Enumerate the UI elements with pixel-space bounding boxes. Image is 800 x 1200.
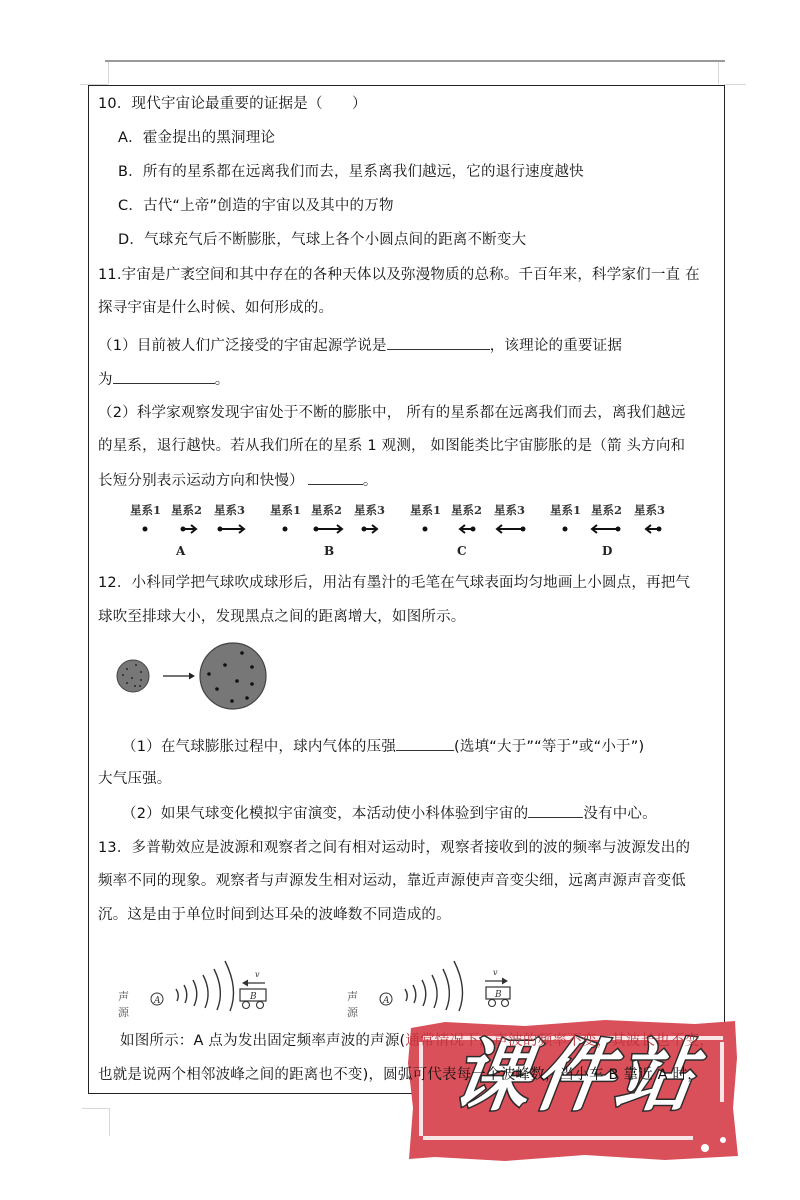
q12-part2: （2）如果气球变化模拟宇宙演变，本活动使小科体验到宇宙的没有中心。	[122, 803, 657, 824]
q10-option-c: C．古代“上帝”创造的宇宙以及其中的万物	[118, 196, 394, 216]
q11-part2-line3: 长短分别表示运动方向和快慢）。	[98, 470, 378, 491]
q12-part2-text-b: 没有中心。	[583, 806, 657, 822]
galaxy-label-2: 星系2	[591, 502, 622, 518]
galaxy-arrows-b-icon	[270, 520, 400, 538]
q10-option-d: D．气球充气后不断膨胀，气球上各个小圆点间的距离不断变大	[118, 230, 526, 250]
galaxy-label-3: 星系3	[634, 502, 665, 518]
galaxy-arrows-c-icon	[410, 520, 540, 538]
galaxy-option-d: 星系1 星系2 星系3 D	[550, 500, 680, 565]
q10-option-b: B．所有的星系都在远离我们而去，星系离我们越远，它的退行速度越快	[118, 162, 584, 182]
galaxy-option-letter-c: C	[457, 544, 467, 558]
svg-text:v: v	[255, 970, 260, 979]
crop-mark-bottom-left-h	[82, 1108, 110, 1109]
q13-line3: 沉。这是由于单位时间到达耳朵的波峰数不同造成的。	[98, 905, 451, 925]
q11-part2-text: 长短分别表示运动方向和快慢）	[98, 473, 304, 489]
galaxy-option-letter-d: D	[602, 544, 612, 558]
q13-para-text-a: 如图所示：A 点为发出固定频率声波的声源(	[120, 1033, 405, 1049]
crop-mark-bottom-left	[109, 1108, 110, 1136]
doppler-waves-right-icon: A v B	[347, 955, 517, 1015]
q11-blank-choice[interactable]	[308, 470, 363, 485]
svg-text:B: B	[494, 990, 502, 1000]
q11-blank-theory[interactable]	[387, 335, 490, 350]
galaxy-label-1: 星系1	[410, 502, 441, 518]
galaxy-arrows-a-icon	[130, 520, 260, 538]
q12-blank-pressure[interactable]	[396, 736, 454, 751]
galaxy-option-b: 星系1 星系2 星系3 B	[270, 500, 400, 565]
q12-line1: 12．小科同学把气球吹成球形后，用沾有墨汁的毛笔在气球表面均匀地画上小圆点，再把…	[98, 573, 690, 593]
galaxy-arrows-d-icon	[550, 520, 680, 538]
q11-line1: 11.宇宙是广袤空间和其中存在的各种天体以及弥漫物质的总称。千百年来，科学家们一…	[98, 265, 700, 285]
galaxy-label-1: 星系1	[550, 502, 581, 518]
q11-part1: （1）目前被人们广泛接受的宇宙起源学说是，该理论的重要证据	[98, 335, 622, 356]
page-top-border	[105, 60, 725, 62]
q11-part2-line1: （2）科学家观察发现宇宙处于不断的膨胀中， 所有的星系都在远离我们而去，离我们越…	[98, 403, 686, 423]
q11-part1-text-a: （1）目前被人们广泛接受的宇宙起源学说是	[98, 338, 387, 354]
q13-para-line2: 也就是说两个相邻波峰之间的距离也不变)，圆弧可代表每一个波峰数，当小车 B 靠近…	[98, 1065, 702, 1085]
galaxy-label-1: 星系1	[130, 502, 161, 518]
q11-blank-evidence[interactable]	[113, 369, 215, 384]
balloon-expansion-figure	[115, 638, 285, 728]
q12-line2: 球吹至排球大小，发现黑点之间的距离增大，如图所示。	[98, 607, 466, 627]
galaxy-option-letter-a: A	[176, 544, 185, 558]
galaxy-label-1: 星系1	[270, 502, 301, 518]
crop-mark-top-left	[108, 62, 109, 84]
q13-para-line1: 如图所示：A 点为发出固定频率声波的声源(通常情况下，声波的频率不变，其波长也不…	[120, 1031, 714, 1051]
crop-mark-top-right	[718, 62, 719, 84]
galaxy-option-letter-b: B	[324, 544, 334, 558]
svg-text:v: v	[493, 968, 498, 977]
galaxy-label-3: 星系3	[494, 502, 525, 518]
galaxy-option-a: 星系1 星系2 星系3 A	[130, 500, 260, 565]
q11-part1-text-b: ，该理论的重要证据	[490, 338, 622, 354]
q13-line2: 频率不同的现象。观察者与声源发生相对运动，靠近声源使声音变尖细，远离声源声音变低	[98, 871, 686, 891]
galaxy-label-2: 星系2	[171, 502, 202, 518]
q13-para-text-b: 通常情况下，声波的频率不变，其波长也不变，	[405, 1033, 714, 1049]
q13-para-text-c: 也就是说两个相邻波峰之间的距离也不变)，	[98, 1067, 383, 1083]
galaxy-label-2: 星系2	[311, 502, 342, 518]
q12-part1-cont: 大气压强。	[98, 769, 172, 789]
q12-blank-universe[interactable]	[528, 803, 583, 818]
q12-part1-text-a: （1）在气球膨胀过程中，球内气体的压强	[122, 739, 396, 755]
galaxy-option-c: 星系1 星系2 星系3 C	[410, 500, 540, 565]
galaxy-label-2: 星系2	[451, 502, 482, 518]
q11-part1-cont: 为。	[98, 369, 229, 390]
galaxy-label-3: 星系3	[354, 502, 385, 518]
q10-option-a: A．霍金提出的黑洞理论	[118, 128, 275, 148]
doppler-waves-left-icon: A v B	[118, 955, 278, 1015]
galaxy-expansion-figure: 星系1 星系2 星系3 A 星系1 星系2 星系3 B 星系1 星系2 星系3 …	[118, 500, 698, 565]
q12-part1: （1）在气球膨胀过程中，球内气体的压强(选填“大于”“等于”或“小于”)	[122, 736, 644, 757]
crop-mark-top-right-h	[724, 84, 746, 85]
svg-text:A: A	[382, 996, 390, 1006]
q11-part1-text-d: 。	[215, 372, 230, 388]
q12-part1-text-b: (选填“大于”“等于”或“小于”)	[454, 739, 644, 755]
q11-part2-line2: 的星系，退行越快。若从我们所在的星系 1 观测， 如图能类比宇宙膨胀的是（箭 头…	[98, 436, 685, 456]
q11-part2-end: 。	[363, 473, 378, 489]
galaxy-label-3: 星系3	[214, 502, 245, 518]
q10-stem: 10．现代宇宙论最重要的证据是（ ）	[98, 94, 367, 114]
svg-text:A: A	[153, 996, 161, 1006]
svg-text:B: B	[249, 992, 257, 1002]
q13-para-text-d: 圆弧可代表每一个波峰数，当小车 B 靠近 A 时，	[383, 1067, 702, 1083]
q13-line1: 13．多普勒效应是波源和观察者之间有相对运动时，观察者接收到的波的频率与波源发出…	[98, 838, 690, 858]
q12-part2-text-a: （2）如果气球变化模拟宇宙演变，本活动使小科体验到宇宙的	[122, 806, 528, 822]
q11-line2: 探寻宇宙是什么时候、如何形成的。	[98, 298, 333, 318]
q11-part1-text-c: 为	[98, 372, 113, 388]
